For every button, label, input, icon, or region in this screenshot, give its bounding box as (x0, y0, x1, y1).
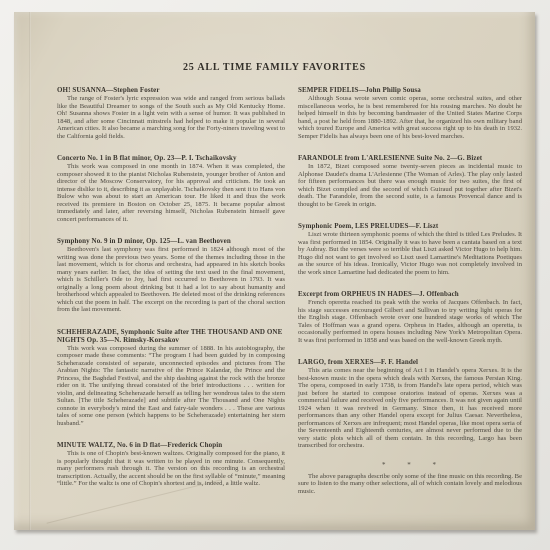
piece-description: Although Sousa wrote seven comic operas,… (298, 95, 522, 140)
note-semper-fidelis: SEMPER FIDELIS—John Philip Sousa Althoug… (298, 86, 522, 140)
piece-heading: LARGO, from XERXES—F. F. Handel (298, 358, 522, 366)
note-concerto-no1: Concerto No. 1 in B flat minor, Op. 23—P… (57, 154, 285, 223)
piece-heading: Symphonic Poem, LES PRELUDES—F. Liszt (298, 222, 522, 230)
piece-description: This work was composed in one month in 1… (57, 163, 285, 223)
note-scheherazade: SCHEHERAZADE, Symphonic Suite after THE … (57, 328, 285, 428)
piece-heading: MINUTE WALTZ, No. 6 in D flat—Frederick … (57, 441, 285, 449)
piece-heading: Concerto No. 1 in B flat minor, Op. 23—P… (57, 154, 285, 162)
piece-description: French operetta reached its peak with th… (298, 299, 522, 344)
piece-description: This work was composed during the summer… (57, 345, 285, 428)
note-orpheus-in-hades: Excerpt from ORPHEUS IN HADES—J. Offenba… (298, 290, 522, 344)
note-les-preludes: Symphonic Poem, LES PRELUDES—F. Liszt Li… (298, 222, 522, 276)
piece-description: This is one of Chopin's best-known waltz… (57, 450, 285, 488)
note-oh-susanna: OH! SUSANNA—Stephen Foster The range of … (57, 86, 285, 140)
closing-note-text: The above paragraphs describe only some … (298, 473, 522, 496)
piece-description: The range of Foster's lyric expression w… (57, 95, 285, 140)
album-title: 25 ALL TIME FAMILY FAVORITES (14, 62, 535, 73)
liner-notes: OH! SUSANNA—Stephen Foster The range of … (14, 73, 535, 499)
piece-heading: Excerpt from ORPHEUS IN HADES—J. Offenba… (298, 290, 522, 298)
piece-description: This aria comes near the beginning of Ac… (298, 367, 522, 450)
note-symphony-no9: Symphony No. 9 in D minor, Op. 125—L. va… (57, 237, 285, 314)
note-farandole: FARANDOLE from L'ARLESIENNE Suite No. 2—… (298, 154, 522, 208)
piece-description: Beethoven's last symphony was first perf… (57, 246, 285, 314)
piece-heading: OH! SUSANNA—Stephen Foster (57, 86, 285, 94)
note-minute-waltz: MINUTE WALTZ, No. 6 in D flat—Frederick … (57, 441, 285, 488)
closing-note: The above paragraphs describe only some … (298, 473, 522, 496)
piece-heading: Symphony No. 9 in D minor, Op. 125—L. va… (57, 237, 285, 245)
piece-heading: FARANDOLE from L'ARLESIENNE Suite No. 2—… (298, 154, 522, 162)
note-largo-xerxes: LARGO, from XERXES—F. F. Handel This ari… (298, 358, 522, 450)
piece-description: In 1872, Bizet composed some twenty-seve… (298, 163, 522, 208)
asterisk-separator: * * * (298, 461, 522, 469)
piece-heading: SCHEHERAZADE, Symphonic Suite after THE … (57, 328, 285, 344)
album-back-cover: 25 ALL TIME FAMILY FAVORITES OH! SUSANNA… (14, 12, 535, 530)
piece-description: Liszt wrote thirteen symphonic poems of … (298, 231, 522, 276)
liner-notes-right-column: SEMPER FIDELIS—John Philip Sousa Althoug… (298, 86, 522, 499)
liner-notes-left-column: OH! SUSANNA—Stephen Foster The range of … (57, 86, 285, 499)
piece-heading: SEMPER FIDELIS—John Philip Sousa (298, 86, 522, 94)
